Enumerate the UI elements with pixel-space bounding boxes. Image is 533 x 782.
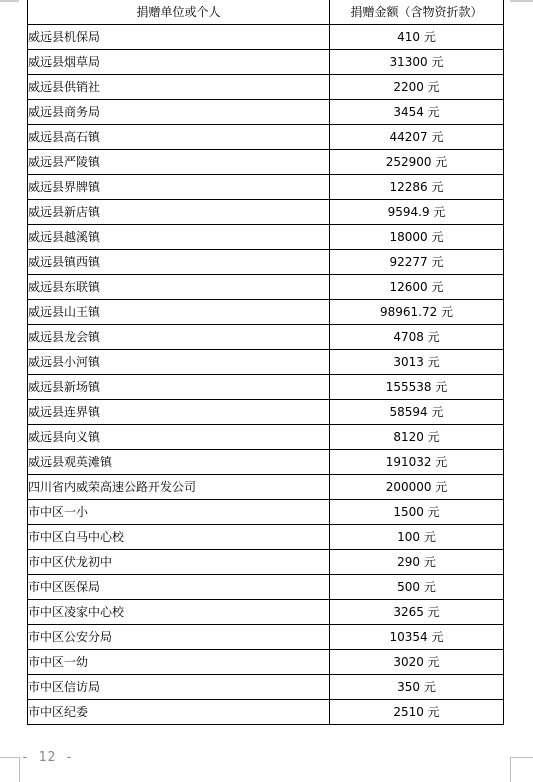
donor-name-cell: 威远县商务局	[28, 100, 330, 125]
donor-name-cell: 市中区公安分局	[28, 625, 330, 650]
page-corner-mark-bottom-left-vertical	[19, 757, 20, 782]
table-row: 市中区医保局500 元	[28, 575, 504, 600]
donation-amount-cell: 200000 元	[330, 475, 504, 500]
donation-amount-cell: 3013 元	[330, 350, 504, 375]
donation-amount-cell: 290 元	[330, 550, 504, 575]
table-row: 市中区一幼3020 元	[28, 650, 504, 675]
table-row: 威远县烟草局31300 元	[28, 50, 504, 75]
donor-name-cell: 四川省内威荣高速公路开发公司	[28, 475, 330, 500]
donation-amount-cell: 1500 元	[330, 500, 504, 525]
table-row: 威远县小河镇3013 元	[28, 350, 504, 375]
page-corner-mark-top-left	[0, 0, 19, 2]
table-row: 市中区信访局350 元	[28, 675, 504, 700]
table-row: 威远县商务局3454 元	[28, 100, 504, 125]
donor-name-cell: 威远县镇西镇	[28, 250, 330, 275]
table-row: 威远县镇西镇92277 元	[28, 250, 504, 275]
donation-amount-cell: 2200 元	[330, 75, 504, 100]
donor-name-cell: 市中区信访局	[28, 675, 330, 700]
donor-name-cell: 市中区白马中心校	[28, 525, 330, 550]
donor-name-cell: 威远县新场镇	[28, 375, 330, 400]
page-corner-mark-top-right	[510, 0, 533, 2]
donation-amount-cell: 10354 元	[330, 625, 504, 650]
donation-amount-cell: 3454 元	[330, 100, 504, 125]
donation-amount-cell: 191032 元	[330, 450, 504, 475]
donor-name-cell: 威远县东联镇	[28, 275, 330, 300]
table-row: 威远县新店镇9594.9 元	[28, 200, 504, 225]
table-row: 威远县供销社2200 元	[28, 75, 504, 100]
table-body: 威远县机保局410 元威远县烟草局31300 元威远县供销社2200 元威远县商…	[28, 25, 504, 725]
donation-amount-cell: 9594.9 元	[330, 200, 504, 225]
donation-amount-cell: 92277 元	[330, 250, 504, 275]
donor-name-cell: 威远县小河镇	[28, 350, 330, 375]
donation-amount-cell: 58594 元	[330, 400, 504, 425]
table-row: 威远县高石镇44207 元	[28, 125, 504, 150]
donor-name-cell: 威远县高石镇	[28, 125, 330, 150]
donor-name-cell: 威远县供销社	[28, 75, 330, 100]
table-row: 市中区公安分局10354 元	[28, 625, 504, 650]
page-number: - 12 -	[21, 750, 74, 765]
donor-name-cell: 威远县连界镇	[28, 400, 330, 425]
donation-amount-cell: 500 元	[330, 575, 504, 600]
table-row: 威远县越溪镇18000 元	[28, 225, 504, 250]
donor-name-cell: 威远县越溪镇	[28, 225, 330, 250]
donor-name-cell: 威远县机保局	[28, 25, 330, 50]
donation-table: 捐赠单位或个人 捐赠金额（含物资折款） 威远县机保局410 元威远县烟草局313…	[27, 0, 504, 725]
donor-name-cell: 威远县界牌镇	[28, 175, 330, 200]
table-row: 市中区纪委2510 元	[28, 700, 504, 725]
table-row: 威远县观英滩镇191032 元	[28, 450, 504, 475]
page-corner-mark-bottom-right-vertical	[510, 757, 511, 782]
table-row: 市中区伏龙初中290 元	[28, 550, 504, 575]
donation-amount-cell: 3020 元	[330, 650, 504, 675]
table-row: 市中区一小1500 元	[28, 500, 504, 525]
table-row: 威远县连界镇58594 元	[28, 400, 504, 425]
donor-name-cell: 市中区一幼	[28, 650, 330, 675]
donor-name-cell: 威远县龙会镇	[28, 325, 330, 350]
page-corner-mark-bottom-left	[0, 757, 19, 758]
page-corner-mark-bottom-right	[510, 757, 533, 758]
table-row: 市中区白马中心校100 元	[28, 525, 504, 550]
table-row: 威远县机保局410 元	[28, 25, 504, 50]
donation-amount-cell: 44207 元	[330, 125, 504, 150]
table-row: 威远县新场镇155538 元	[28, 375, 504, 400]
table-row: 威远县龙会镇4708 元	[28, 325, 504, 350]
donation-amount-cell: 155538 元	[330, 375, 504, 400]
donation-amount-cell: 100 元	[330, 525, 504, 550]
donor-name-cell: 威远县观英滩镇	[28, 450, 330, 475]
column-header-donor: 捐赠单位或个人	[28, 0, 330, 25]
donor-name-cell: 市中区凌家中心校	[28, 600, 330, 625]
table-row: 四川省内威荣高速公路开发公司200000 元	[28, 475, 504, 500]
donor-name-cell: 市中区纪委	[28, 700, 330, 725]
table-row: 威远县山王镇98961.72 元	[28, 300, 504, 325]
donation-amount-cell: 350 元	[330, 675, 504, 700]
donor-name-cell: 市中区一小	[28, 500, 330, 525]
donation-amount-cell: 4708 元	[330, 325, 504, 350]
donor-name-cell: 威远县烟草局	[28, 50, 330, 75]
table-row: 威远县界牌镇12286 元	[28, 175, 504, 200]
table-header-row: 捐赠单位或个人 捐赠金额（含物资折款）	[28, 0, 504, 25]
donation-amount-cell: 2510 元	[330, 700, 504, 725]
donation-amount-cell: 98961.72 元	[330, 300, 504, 325]
table-row: 威远县东联镇12600 元	[28, 275, 504, 300]
donation-amount-cell: 410 元	[330, 25, 504, 50]
table-row: 威远县严陵镇252900 元	[28, 150, 504, 175]
donor-name-cell: 威远县严陵镇	[28, 150, 330, 175]
donation-amount-cell: 31300 元	[330, 50, 504, 75]
donation-amount-cell: 8120 元	[330, 425, 504, 450]
donor-name-cell: 威远县山王镇	[28, 300, 330, 325]
donation-amount-cell: 18000 元	[330, 225, 504, 250]
donation-amount-cell: 12286 元	[330, 175, 504, 200]
donor-name-cell: 市中区伏龙初中	[28, 550, 330, 575]
table-row: 威远县向义镇8120 元	[28, 425, 504, 450]
donation-amount-cell: 252900 元	[330, 150, 504, 175]
donation-amount-cell: 3265 元	[330, 600, 504, 625]
column-header-amount: 捐赠金额（含物资折款）	[330, 0, 504, 25]
donation-amount-cell: 12600 元	[330, 275, 504, 300]
table-row: 市中区凌家中心校3265 元	[28, 600, 504, 625]
donor-name-cell: 市中区医保局	[28, 575, 330, 600]
donor-name-cell: 威远县新店镇	[28, 200, 330, 225]
donor-name-cell: 威远县向义镇	[28, 425, 330, 450]
